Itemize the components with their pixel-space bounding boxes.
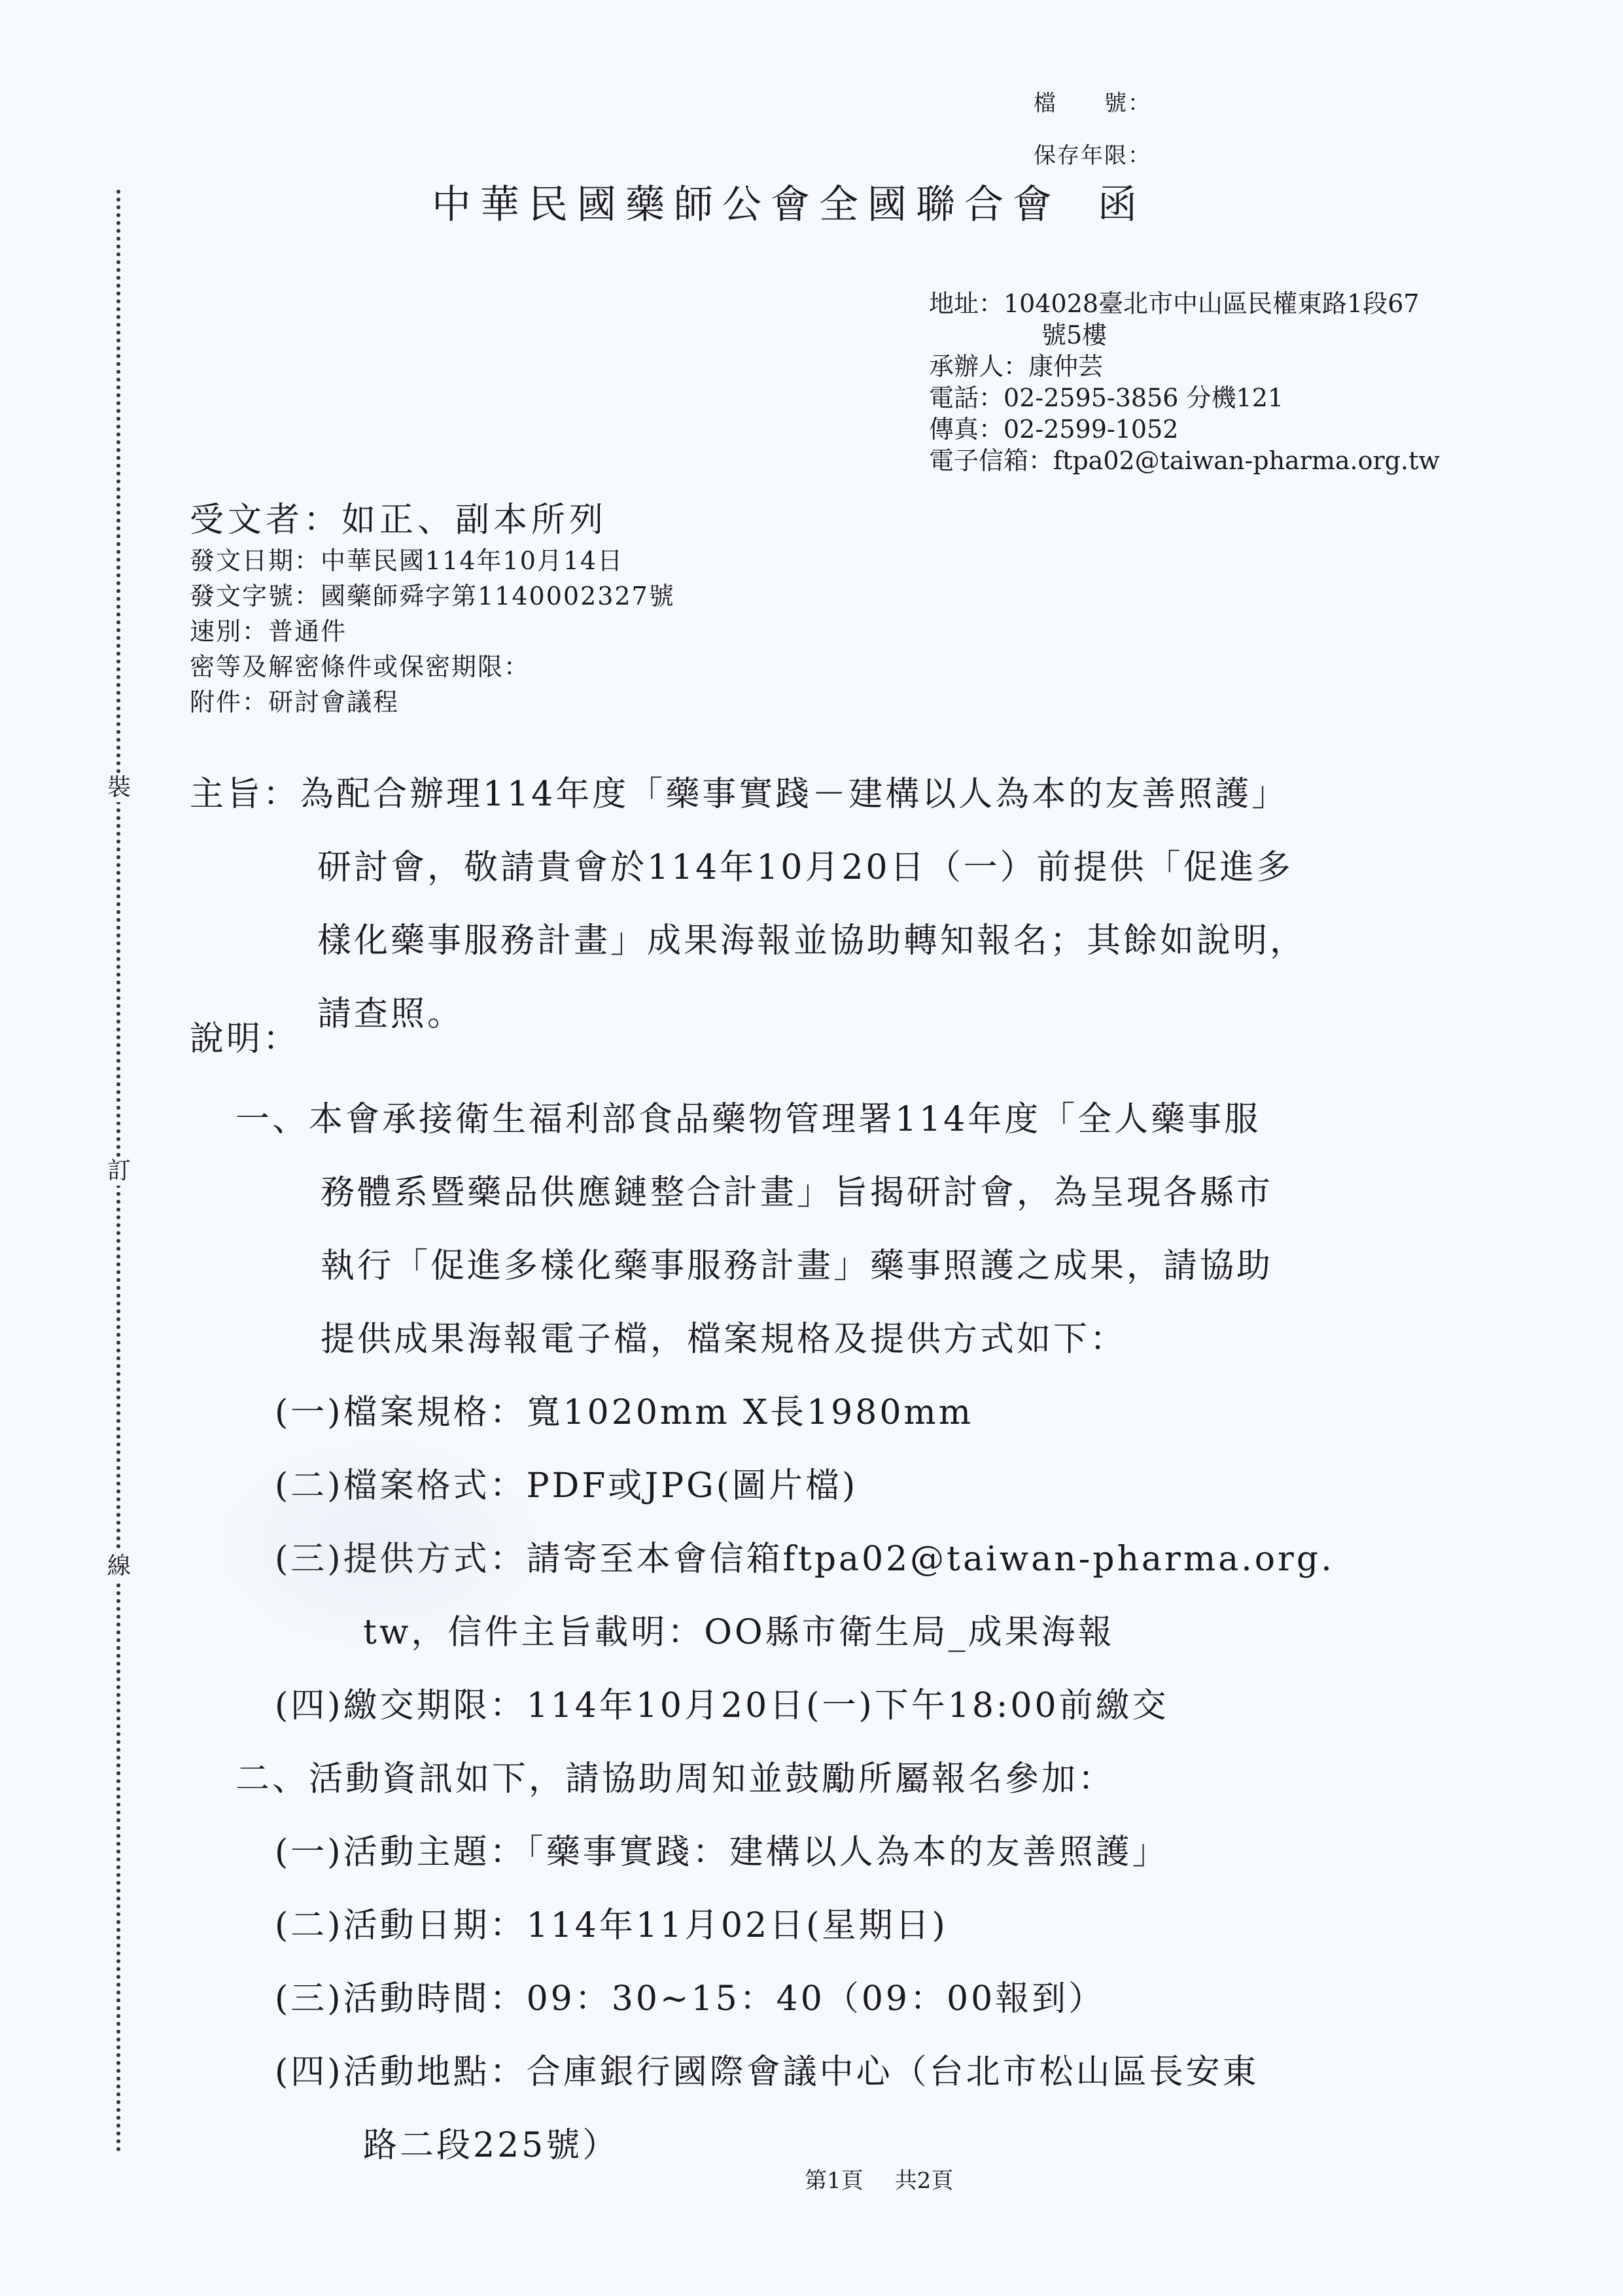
explanation-label: 說明： bbox=[190, 1011, 300, 1060]
page-footer: 第1頁共2頁 bbox=[805, 2163, 953, 2195]
subject-line: 樣化藥事服務計畫」成果海報並協助轉知報名；其餘如說明， bbox=[190, 904, 1472, 978]
issue-date: 發文日期：中華民國114年10月14日 bbox=[190, 543, 675, 578]
page-total: 共2頁 bbox=[895, 2168, 954, 2194]
item-2-sub-time: (三)活動時間：09：30~15：40（09：00報到） bbox=[236, 1962, 1478, 2036]
binding-mark-xian: 線 bbox=[105, 1552, 133, 1581]
faint-seal-stamp bbox=[196, 1426, 563, 1662]
item-2-sub-theme: (一)活動主題：「藥事實踐：建構以人為本的友善照護」 bbox=[236, 1816, 1478, 1889]
handler: 承辦人：康仲芸 bbox=[929, 351, 1440, 382]
address-continued: 號5樓 bbox=[929, 319, 1440, 351]
item-2-sub-venue: (四)活動地點：合庫銀行國際會議中心（台北市松山區長安東 bbox=[236, 2036, 1478, 2109]
document-type: 函 bbox=[1098, 182, 1146, 228]
item-1-line: 執行「促進多樣化藥事服務計畫」藥事照護之成果，請協助 bbox=[236, 1229, 1478, 1303]
classification: 密等及解密條件或保密期限： bbox=[190, 649, 675, 684]
recipient: 受文者：如正、副本所列 bbox=[190, 492, 607, 541]
document-meta: 發文日期：中華民國114年10月14日 發文字號：國藥師舜字第114000232… bbox=[190, 543, 675, 720]
fax: 傳真：02-2599-1052 bbox=[929, 414, 1440, 445]
item-1-line: 一、本會承接衛生福利部食品藥物管理署114年度「全人藥事服 bbox=[236, 1083, 1478, 1156]
contact-block: 地址：104028臺北市中山區民權東路1段67 號5樓 承辦人：康仲芸 電話：0… bbox=[929, 288, 1440, 476]
item-2-sub-date: (二)活動日期：114年11月02日(星期日) bbox=[236, 1889, 1478, 1962]
item-2-line: 二、活動資訊如下，請協助周知並鼓勵所屬報名參加： bbox=[236, 1742, 1478, 1816]
subject-line: 主旨：為配合辦理114年度「藥事實踐－建構以人為本的友善照護」 bbox=[190, 758, 1472, 831]
official-letter-page: 裝 訂 線 檔 號： 保存年限： 中華民國藥師公會全國聯合會函 地址：10402… bbox=[0, 0, 1623, 2296]
subject-line: 研討會，敬請貴會於114年10月20日（一）前提供「促進多 bbox=[190, 831, 1472, 904]
item-1-line: 務體系暨藥品供應鏈整合計畫」旨揭研討會，為呈現各縣市 bbox=[236, 1156, 1478, 1229]
phone: 電話：02-2595-3856 分機121 bbox=[929, 382, 1440, 414]
binding-mark-ding: 訂 bbox=[105, 1157, 133, 1186]
subject-section: 主旨：為配合辦理114年度「藥事實踐－建構以人為本的友善照護」 研討會，敬請貴會… bbox=[190, 758, 1472, 1051]
attachment: 附件：研討會議程 bbox=[190, 684, 675, 720]
file-number-label: 檔 號： bbox=[1034, 85, 1151, 117]
address: 地址：104028臺北市中山區民權東路1段67 bbox=[929, 288, 1440, 319]
page-number: 第1頁 bbox=[805, 2168, 864, 2194]
organization-name: 中華民國藥師公會全國聯合會 bbox=[432, 182, 1061, 228]
letter-title: 中華民國藥師公會全國聯合會函 bbox=[432, 173, 1146, 230]
issue-number: 發文字號：國藥師舜字第1140002327號 bbox=[190, 578, 675, 614]
item-1-line: 提供成果海報電子檔，檔案規格及提供方式如下： bbox=[236, 1303, 1478, 1376]
email[interactable]: 電子信箱：ftpa02@taiwan-pharma.org.tw bbox=[929, 445, 1440, 476]
subject-line: 請查照。 bbox=[190, 978, 1472, 1051]
speed-class: 速別：普通件 bbox=[190, 614, 675, 649]
binding-mark-zhuang: 裝 bbox=[105, 773, 133, 802]
retention-period-label: 保存年限： bbox=[1034, 137, 1151, 169]
item-1-sub-deadline: (四)繳交期限：114年10月20日(一)下午18:00前繳交 bbox=[236, 1669, 1478, 1742]
